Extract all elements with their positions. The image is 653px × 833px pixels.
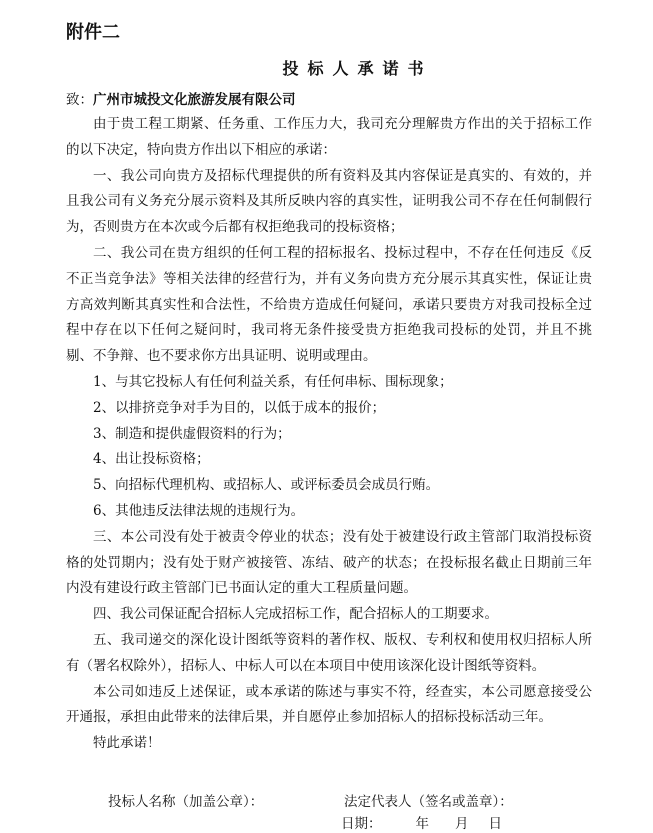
recipient-name: 广州市城投文化旅游发展有限公司 bbox=[93, 92, 296, 108]
commitment-3: 三、本公司没有处于被责令停业的状态；没有处于被建设行政主管部门取消投标资格的处罚… bbox=[66, 525, 592, 602]
commitment-2: 二、我公司在贵方组织的任何工程的招标报名、投标过程中，不存在任何违反《反不正当竞… bbox=[66, 241, 592, 370]
bidder-name-label: 投标人名称（加盖公章）： bbox=[108, 790, 263, 810]
addressee-line: 致：广州市城投文化旅游发展有限公司 bbox=[66, 88, 296, 108]
list-item: 5、向招标代理机构、或招标人、或评标委员会成员行贿。 bbox=[93, 473, 592, 499]
closing-line: 特此承诺！ bbox=[66, 731, 592, 757]
legal-rep-label: 法定代表人（签名或盖章）： bbox=[344, 790, 513, 810]
list-item: 1、与其它投标人有任何利益关系，有任何串标、围标现象； bbox=[93, 370, 592, 396]
month-label: 月 bbox=[455, 812, 469, 832]
list-item: 4、出让投标资格； bbox=[93, 447, 592, 473]
attachment-label: 附件二 bbox=[66, 18, 120, 44]
commitment-5: 五、我司递交的深化设计图纸等资料的著作权、版权、专利权和使用权归招标人所有（署名… bbox=[66, 628, 592, 680]
violation-list: 1、与其它投标人有任何利益关系，有任何串标、围标现象； 2、以排挤竞争对手为目的… bbox=[66, 370, 592, 525]
to-prefix: 致： bbox=[66, 92, 93, 108]
list-item: 2、以排挤竞争对手为目的，以低于成本的报价； bbox=[93, 396, 592, 422]
date-label: 日期： bbox=[341, 812, 382, 832]
penalty-paragraph: 本公司如违反上述保证，或本承诺的陈述与事实不符，经查实，本公司愿意接受公开通报，… bbox=[66, 680, 592, 732]
intro-paragraph: 由于贵工程工期紧、任务重、工作压力大，我司充分理解贵方作出的关于招标工作的以下决… bbox=[66, 112, 592, 164]
list-item: 3、制造和提供虚假资料的行为； bbox=[93, 422, 592, 448]
day-label: 日 bbox=[489, 812, 503, 832]
year-label: 年 bbox=[416, 812, 430, 832]
document-title: 投标人承诺书 bbox=[0, 56, 653, 79]
date-line: 日期：年月日 bbox=[341, 812, 502, 832]
document-page: 附件二 投标人承诺书 致：广州市城投文化旅游发展有限公司 由于贵工程工期紧、任务… bbox=[0, 0, 653, 833]
document-body: 由于贵工程工期紧、任务重、工作压力大，我司充分理解贵方作出的关于招标工作的以下决… bbox=[66, 112, 592, 757]
commitment-4: 四、我公司保证配合招标人完成招标工作，配合招标人的工期要求。 bbox=[66, 602, 592, 628]
list-item: 6、其他违反法律法规的违规行为。 bbox=[93, 499, 592, 525]
commitment-1: 一、我公司向贵方及招标代理提供的所有资料及其内容保证是真实的、有效的，并且我公司… bbox=[66, 164, 592, 241]
